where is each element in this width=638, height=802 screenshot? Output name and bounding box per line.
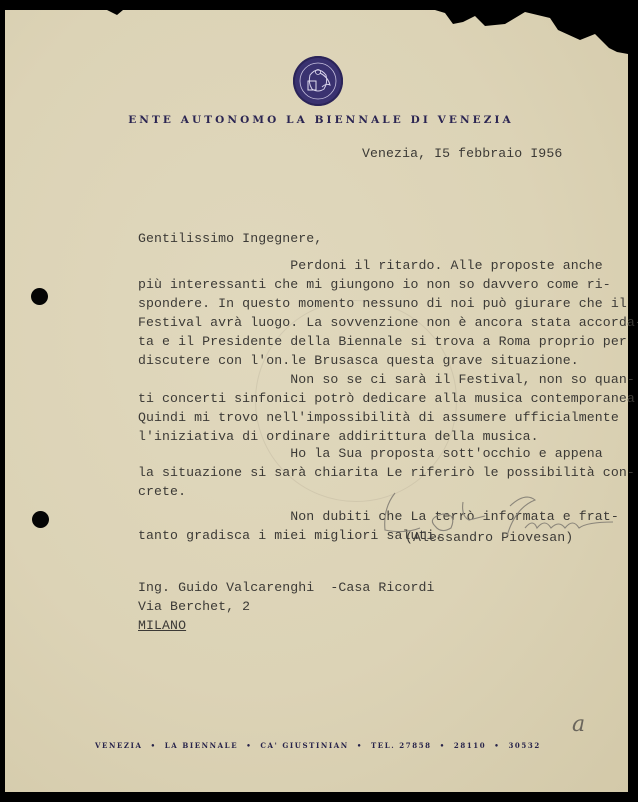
recipient-address: Ing. Guido Valcarenghi -Casa RicordiVia … — [138, 578, 435, 635]
line: Non so se ci sarà il Festival, non so qu… — [138, 370, 638, 389]
handwritten-annotation: a — [572, 712, 585, 737]
paragraph-1: Perdoni il ritardo. Alle proposte anchep… — [138, 256, 638, 370]
line: ti concerti sinfonici potrò dedicare all… — [138, 389, 638, 408]
punch-hole-top — [31, 288, 48, 305]
line: Perdoni il ritardo. Alle proposte anche — [138, 256, 638, 275]
line: Ho la Sua proposta sott'occhio e appena — [138, 444, 635, 463]
letterhead-footer: VENEZIA • LA BIENNALE • CA' GIUSTINIAN •… — [95, 741, 541, 750]
winged-lion-seal-icon — [293, 56, 343, 106]
line: ta e il Presidente della Biennale si tro… — [138, 332, 638, 351]
paragraph-2: Non so se ci sarà il Festival, non so qu… — [138, 370, 638, 446]
letterhead-title: ENTE AUTONOMO LA BIENNALE DI VENEZIA — [0, 114, 638, 126]
line: Quindi mi trovo nell'impossibilità di as… — [138, 408, 638, 427]
recipient-name: Ing. Guido Valcarenghi -Casa Ricordi — [138, 578, 435, 597]
line: discutere con l'on.le Brusasca questa gr… — [138, 351, 638, 370]
recipient-city: MILANO — [138, 616, 435, 635]
line: più interessanti che mi giungono io non … — [138, 275, 638, 294]
punch-hole-bottom — [32, 511, 49, 528]
line: Festival avrà luogo. La sovvenzione non … — [138, 313, 638, 332]
handwritten-signature — [365, 478, 615, 548]
line: spondere. In questo momento nessuno di n… — [138, 294, 638, 313]
recipient-street: Via Berchet, 2 — [138, 597, 435, 616]
salutation: Gentilissimo Ingegnere, — [138, 229, 322, 248]
date-line: Venezia, I5 febbraio I956 — [362, 144, 562, 163]
